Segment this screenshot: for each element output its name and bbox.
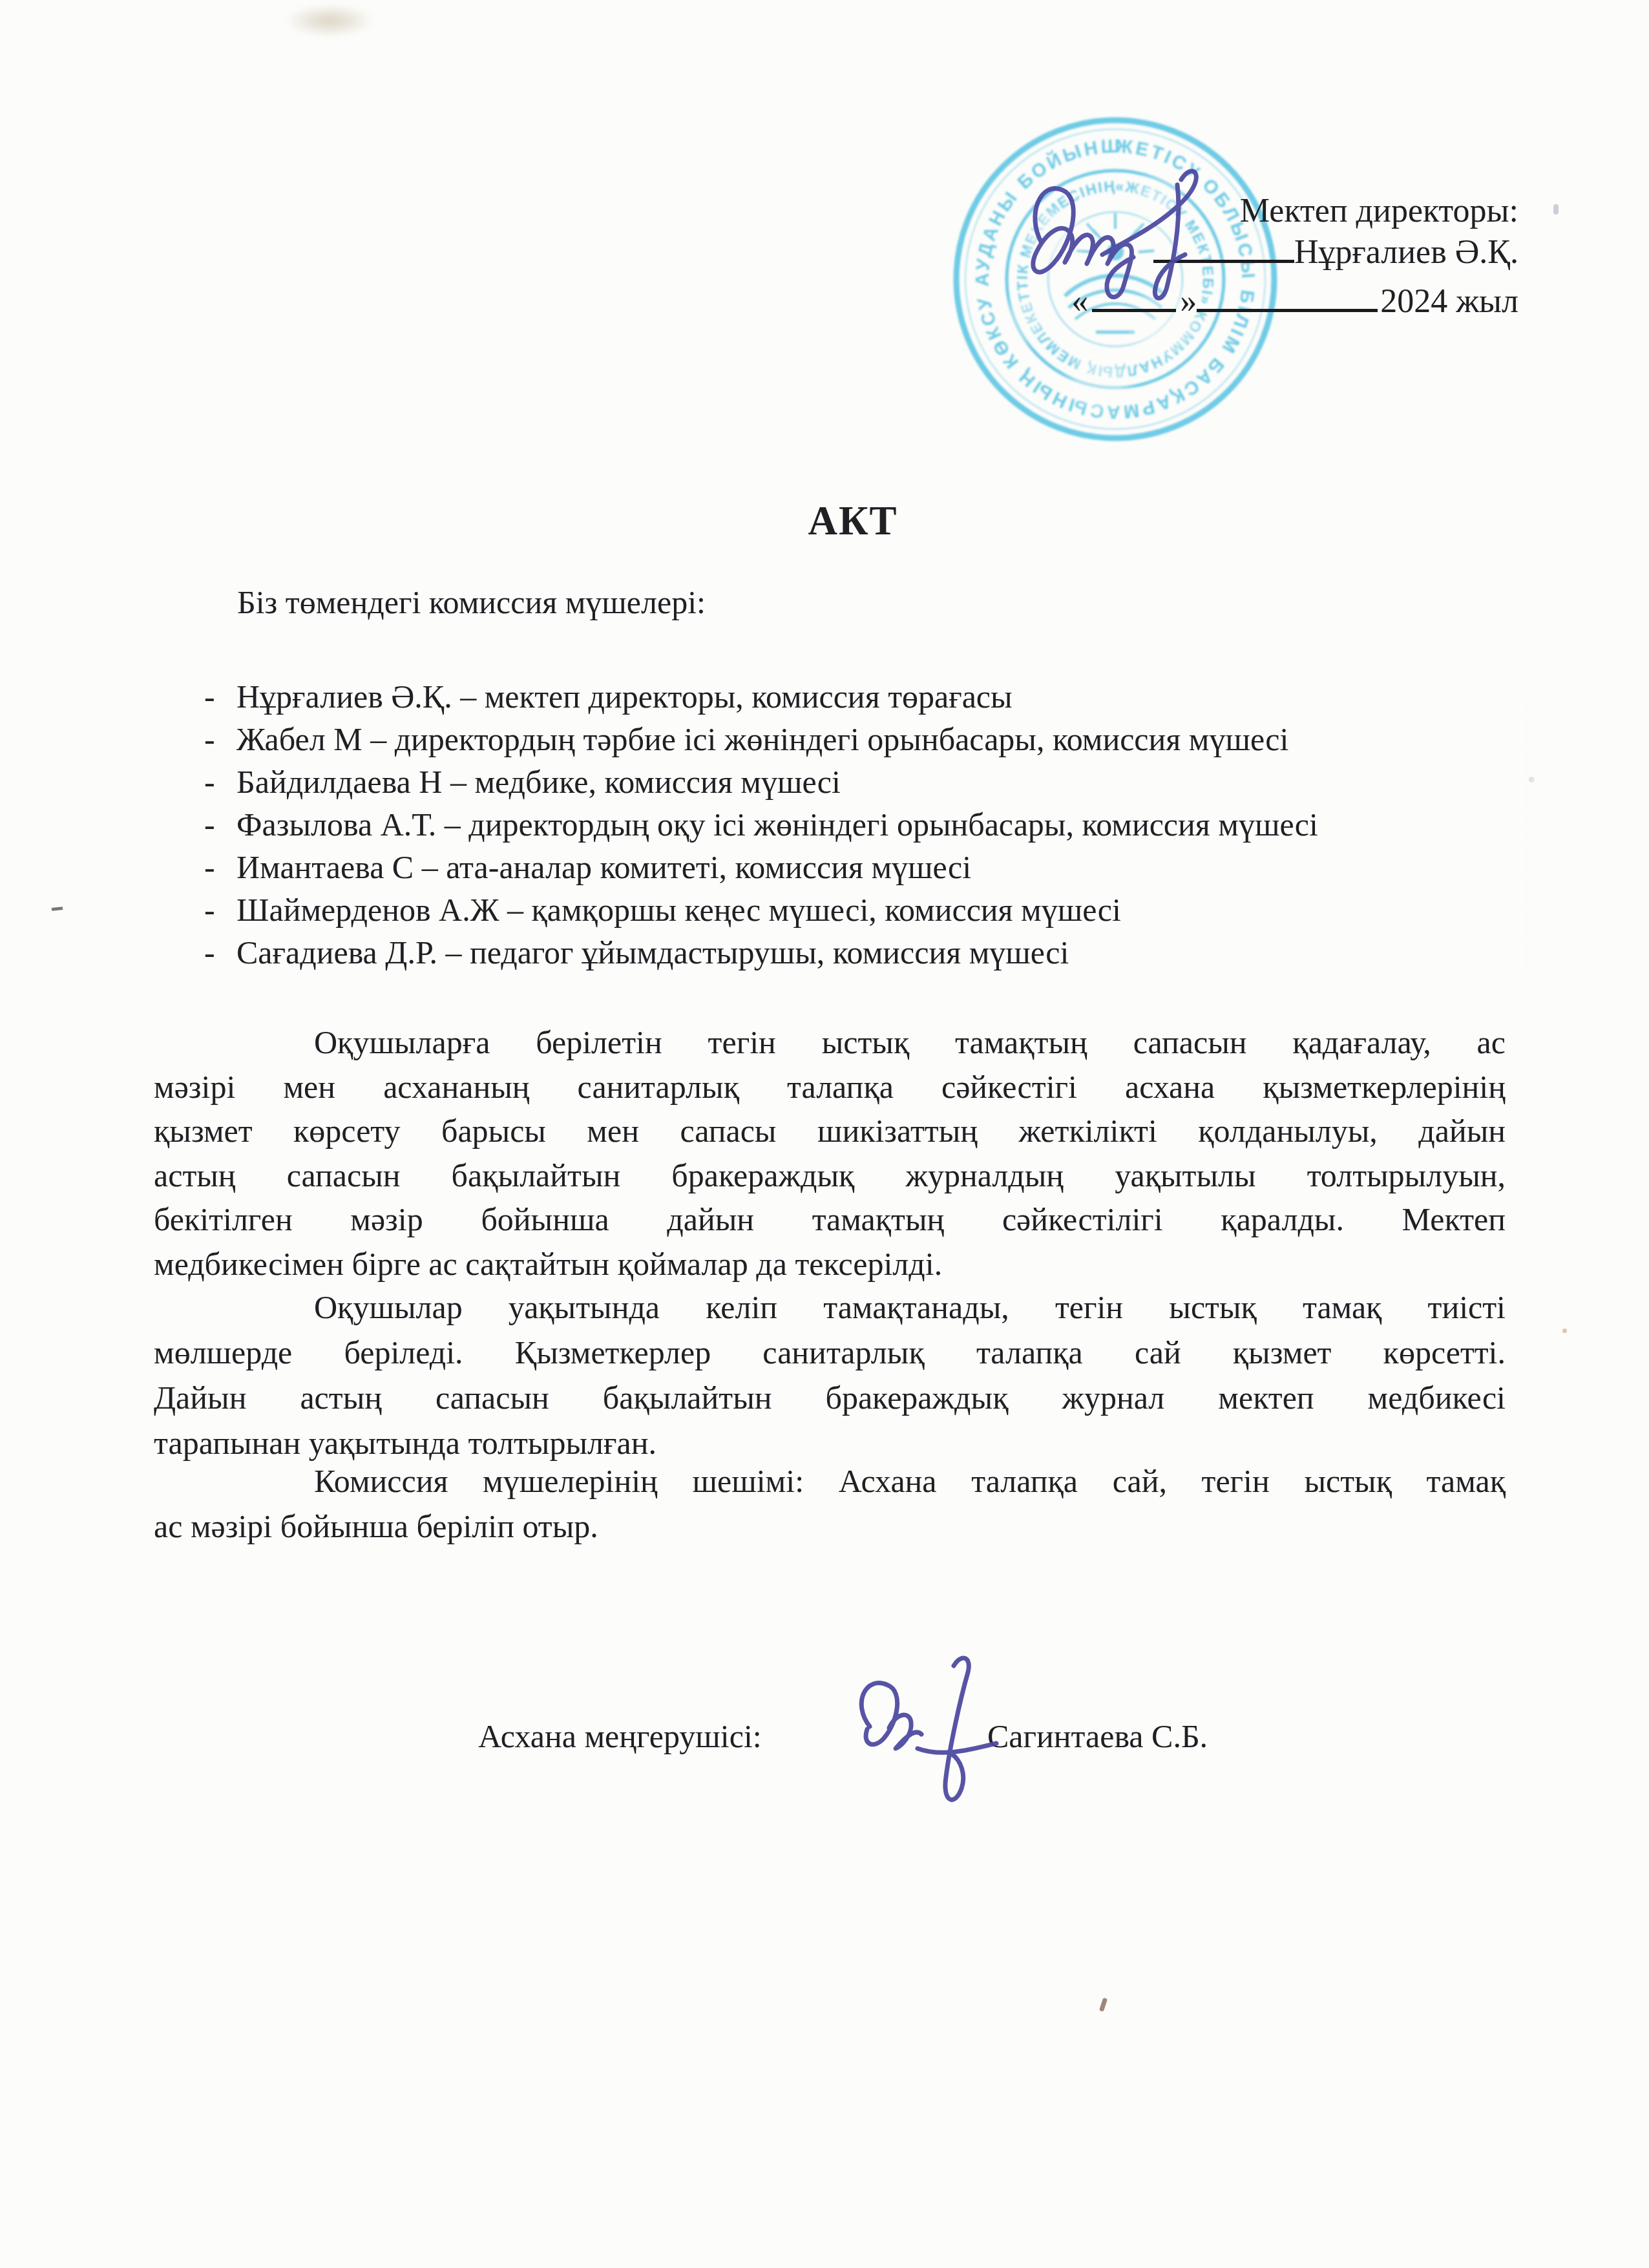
member-text: Нұрғалиев Ә.Қ. – мектеп директоры, комис… [236, 677, 1013, 716]
paragraph1-line: Оқушыларға берілетін тегін ыстық тамақты… [154, 1023, 1506, 1062]
header-director-label: Мектеп директоры: [1240, 193, 1518, 230]
director-signature [1008, 160, 1254, 328]
canteen-manager-signature [827, 1646, 1008, 1834]
list-dash: - [204, 890, 218, 929]
list-item: - Имантаева С – ата-аналар комитеті, ком… [204, 848, 971, 887]
list-item: - Жабел М – директордың тәрбие ісі жөнін… [204, 720, 1288, 759]
paragraph2-line: тарапынан уақытында толтырылған. [154, 1423, 1506, 1462]
list-dash: - [204, 762, 218, 801]
paragraph1-line: медбикесімен бірге ас сақтайтын қоймалар… [154, 1244, 1506, 1283]
paragraph1-line: мәзірі мен асхананың санитарлық талапқа … [154, 1067, 1506, 1106]
list-item: - Шаймерденов А.Ж – қамқоршы кеңес мүшес… [204, 890, 1121, 929]
list-dash: - [204, 805, 218, 844]
canteen-manager-label: Асхана меңгерушісі: [478, 1717, 762, 1755]
list-item: - Байдилдаева Н – медбике, комиссия мүше… [204, 762, 841, 801]
member-text: Шаймерденов А.Ж – қамқоршы кеңес мүшесі,… [236, 890, 1121, 929]
paragraph3-line: ас мәзірі бойынша беріліп отыр. [154, 1507, 1506, 1546]
list-item: - Фазылова А.Т. – директордың оқу ісі жө… [204, 805, 1318, 844]
paragraph2-line: Оқушылар уақытында келіп тамақтанады, те… [154, 1288, 1506, 1327]
paragraph2-line: мөлшерде беріледі. Қызметкерлер санитарл… [154, 1333, 1506, 1372]
paragraph3-line: Комиссия мүшелерінің шешімі: Асхана тала… [154, 1462, 1506, 1500]
member-text: Байдилдаева Н – медбике, комиссия мүшесі [236, 762, 841, 801]
paragraph2-line: Дайын астың сапасын бақылайтын бракеражд… [154, 1378, 1506, 1417]
paragraph1-line: қызмет көрсету барысы мен сапасы шикізат… [154, 1111, 1506, 1150]
list-dash: - [204, 848, 218, 887]
list-item: - Сағадиева Д.Р. – педагог ұйымдастырушы… [204, 933, 1069, 972]
printed-text-layer: Мектеп директоры: Нұрғалиев Ә.Қ. «»2024 … [0, 0, 1649, 2268]
list-dash: - [204, 933, 218, 972]
list-item: - Нұрғалиев Ә.Қ. – мектеп директоры, ком… [204, 677, 1013, 716]
scan-fade-strip [1509, 704, 1540, 982]
director-name: Нұрғалиев Ә.Қ. [1294, 234, 1518, 271]
intro-line: Біз төмендегі комиссия мүшелері: [237, 583, 706, 621]
scan-smudge [284, 4, 375, 37]
list-dash: - [204, 720, 218, 759]
canteen-manager-name: Сагинтаева С.Б. [987, 1717, 1208, 1755]
member-text: Имантаева С – ата-аналар комитеті, комис… [236, 848, 971, 887]
member-text: Фазылова А.Т. – директордың оқу ісі жөні… [236, 805, 1318, 844]
scanned-document-page: ЖЕТІСУ ОБЛЫСЫ БІЛІМ БАСҚАРМАСЫНЫҢ КӨКСУ … [0, 0, 1649, 2268]
date-year-text: 2024 жыл [1380, 283, 1518, 320]
scan-speck [1553, 204, 1559, 215]
list-dash: - [204, 677, 218, 716]
paragraph1-line: астың сапасын бақылайтын бракераждық жур… [154, 1156, 1506, 1195]
member-text: Жабел М – директордың тәрбие ісі жөнінде… [236, 720, 1288, 759]
scan-speck [1562, 1328, 1567, 1333]
paragraph1-line: бекітілген мәзір бойынша дайын тамақтың … [154, 1200, 1506, 1239]
member-text: Сағадиева Д.Р. – педагог ұйымдастырушы, … [236, 933, 1069, 972]
document-title: АКТ [737, 498, 969, 545]
